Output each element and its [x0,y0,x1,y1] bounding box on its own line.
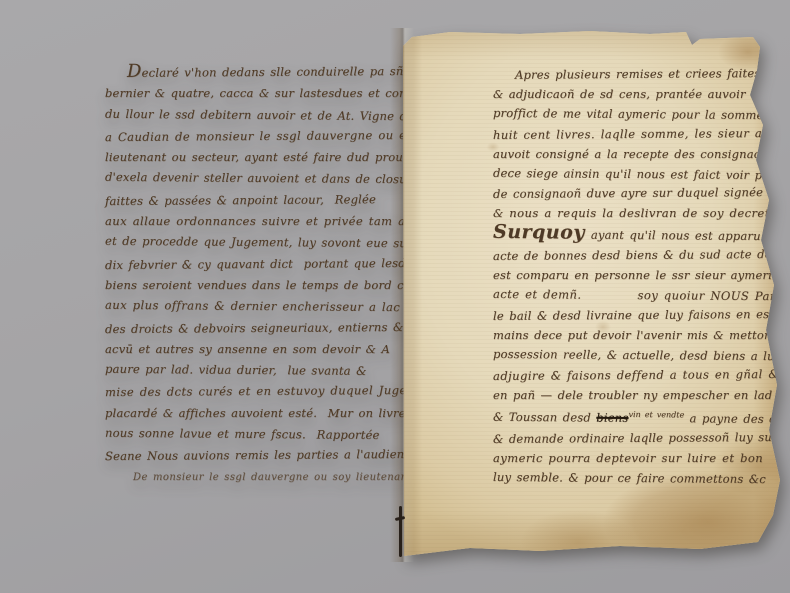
manuscript-line: Apres plusieurs remises et criees faites… [493,64,765,86]
manuscript-line: en pañ — dele troubler ny empescher en l… [493,386,765,406]
manuscript-line: Seane Nous auvions remis les parties a l… [105,444,410,467]
manuscript-line: mise des dcts curés et en estuvoy duquel… [105,380,410,403]
right-page-paper: Apres plusieurs remises et criees faites… [403,27,788,564]
manuscript-line: possession reelle, & actuelle, desd bien… [493,345,765,367]
manuscript-line: d'exela devenir steller auvoient et dans… [105,167,410,191]
manuscript-line: aux plus offrans & dernier encherisseur … [105,295,410,319]
inserted-word: vin et vendte [628,410,684,419]
correction-before: & Toussan desd [493,410,596,425]
manuscript-line: luy semble. & pour ce faire commettons &… [493,468,765,490]
left-page-paper: Declaré v'hon dedans slle conduirelle pa… [22,28,405,564]
manuscript-line: lieutenant ou secteur, ayant esté faire … [105,147,410,168]
manuscript-line: acvū et autres sy ansenne en som devoir … [105,339,410,360]
manuscript-photograph: Declaré v'hon dedans slle conduirelle pa… [0,0,790,593]
manuscript-left-page: Declaré v'hon dedans slle conduirelle pa… [22,28,405,564]
manuscript-line: aux allaue ordonnances suivre et privée … [105,211,410,232]
manuscript-line: le bail & desd livraine que luy faisons … [493,305,765,327]
manuscript-right-page: Apres plusieurs remises et criees faites… [403,27,788,564]
manuscript-line: aymeric pourra deptevoir sur luire et bo… [493,449,765,469]
manuscript-line: acte et demñ. soy quoiur NOUS Par [493,285,765,307]
binding-stitch-thread [399,506,402,557]
manuscript-line: & demande ordinaire laqlle possessoñ luy… [493,428,765,450]
manuscript-line: des droicts & debvoirs seigneuriaux, ent… [105,316,410,339]
manuscript-line: bernier & quatre, cacca & sur lastesdues… [105,83,410,104]
manuscript-line: placardé & affiches auvoient esté. Mur o… [105,403,410,424]
manuscript-line: nous sonne lavue et mure fscus. Rapporté… [105,423,410,447]
manuscript-line: et de procedde que Jugement, luy sovont … [105,231,410,255]
manuscript-line: paure par lad. vidua durier, lue svanta … [105,359,410,383]
manuscript-line: du llour le ssd debitern auvoir et de At… [105,103,410,127]
manuscript-line: auvoit consigné a la recepte des consign… [493,145,765,165]
manuscript-line: & adjudicaoñ de sd cens, prantée auvoir … [493,85,765,105]
left-page-text: Declaré v'hon dedans slle conduirelle pa… [105,60,410,488]
flourish-word: Surquoy [493,221,591,244]
struck-word: biens [596,411,628,425]
manuscript-line: acte de bonnes desd biens & du sud acte … [493,245,765,267]
correction-after: a payne des debvoirs & Justive [684,412,790,428]
right-page-text: Apres plusieurs remises et criees faites… [493,65,765,489]
manuscript-line: Declaré v'hon dedans slle conduirelle pa… [105,59,410,84]
manuscript-line: adjugire & faisons deffend a tous en gña… [493,365,765,387]
manuscript-line: proffict de me vital aymeric pour la som… [493,104,765,126]
manuscript-line: a Caudian de monsieur le ssgl dauvergne … [105,125,410,148]
manuscript-line: biens seroient vendues dans le temps de … [105,275,410,296]
manuscript-line: mains dece put devoir l'avenir mis & met… [493,326,765,346]
manuscript-line-surquoy: Surquoyayant qu'il nous est apparu des p… [493,223,765,247]
manuscript-closing-line: De monsieur le ssgl dauvergne ou soy lie… [105,467,410,488]
manuscript-line: dix febvrier & cy quavant dict portant q… [105,253,410,276]
manuscript-line: dece siege ainsin qu'il nous est faict v… [493,163,765,185]
manuscript-line: faittes & passées & anpoint lacour, Regl… [105,189,410,212]
manuscript-line: de consignaoñ duve ayre sur duquel signé… [493,183,765,205]
manuscript-line: ayant qu'il nous est apparu des plac [591,228,790,244]
manuscript-line: huit cent livres. laqlle somme, les sieu… [493,124,765,146]
manuscript-line: est comparu en personne le ssr sieur aym… [493,266,765,286]
manuscript-line-with-correction: & Toussan desd biensvin et vendte a payn… [493,404,765,430]
